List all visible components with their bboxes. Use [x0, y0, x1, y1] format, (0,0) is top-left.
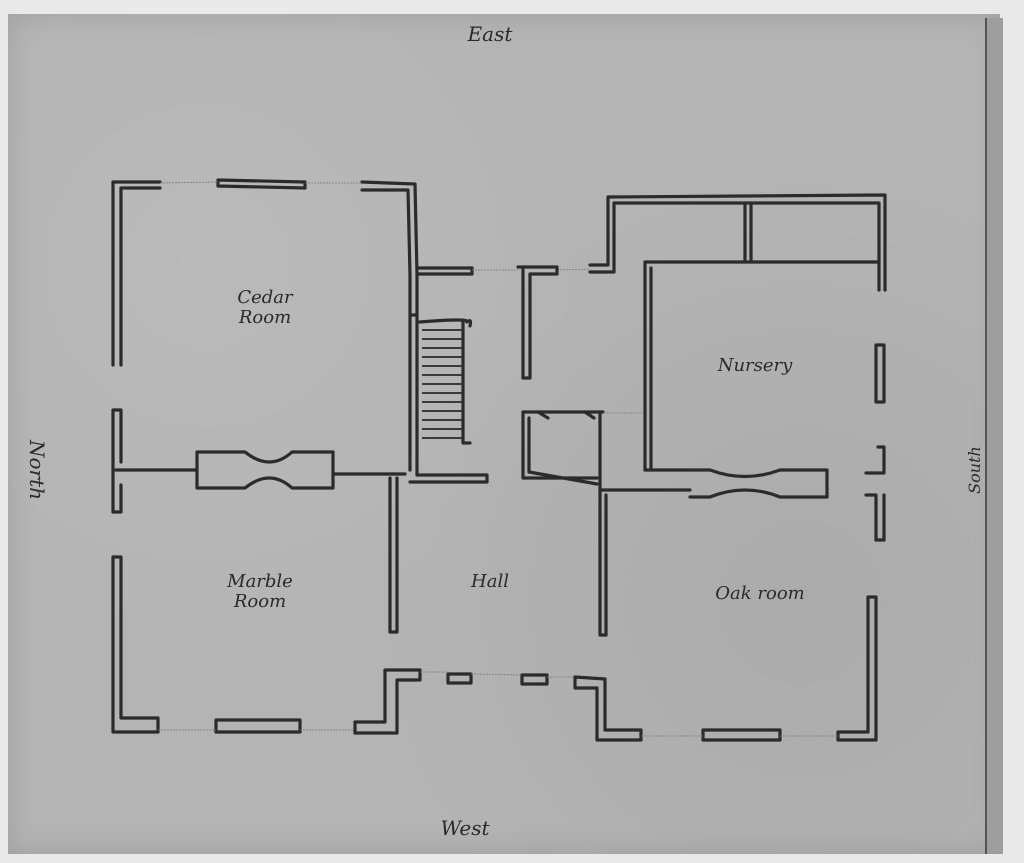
nursery-oak-divider: [600, 470, 827, 497]
compass-east-label: East: [450, 24, 530, 44]
compass-south-label: South: [965, 435, 985, 505]
hall-walls: [390, 478, 606, 635]
room-label-marble-room: Marble Room: [195, 572, 325, 612]
room-label-hall: Hall: [450, 572, 530, 592]
south-wall: [838, 345, 884, 740]
staircase: [410, 268, 487, 482]
compass-west-label: West: [425, 818, 505, 838]
room-label-oak-room: Oak room: [685, 584, 835, 604]
stair-treads: [422, 330, 462, 438]
room-label-nursery: Nursery: [700, 356, 810, 376]
compass-north-label: North: [27, 435, 47, 505]
passage-walls: [472, 195, 885, 495]
floor-plan-sheet: East West North South Cedar Room Nursery…: [0, 0, 1024, 863]
room-label-cedar-room: Cedar Room: [205, 288, 325, 328]
floor-plan-drawing: [0, 0, 1024, 863]
cedar-room-walls: [113, 180, 417, 512]
